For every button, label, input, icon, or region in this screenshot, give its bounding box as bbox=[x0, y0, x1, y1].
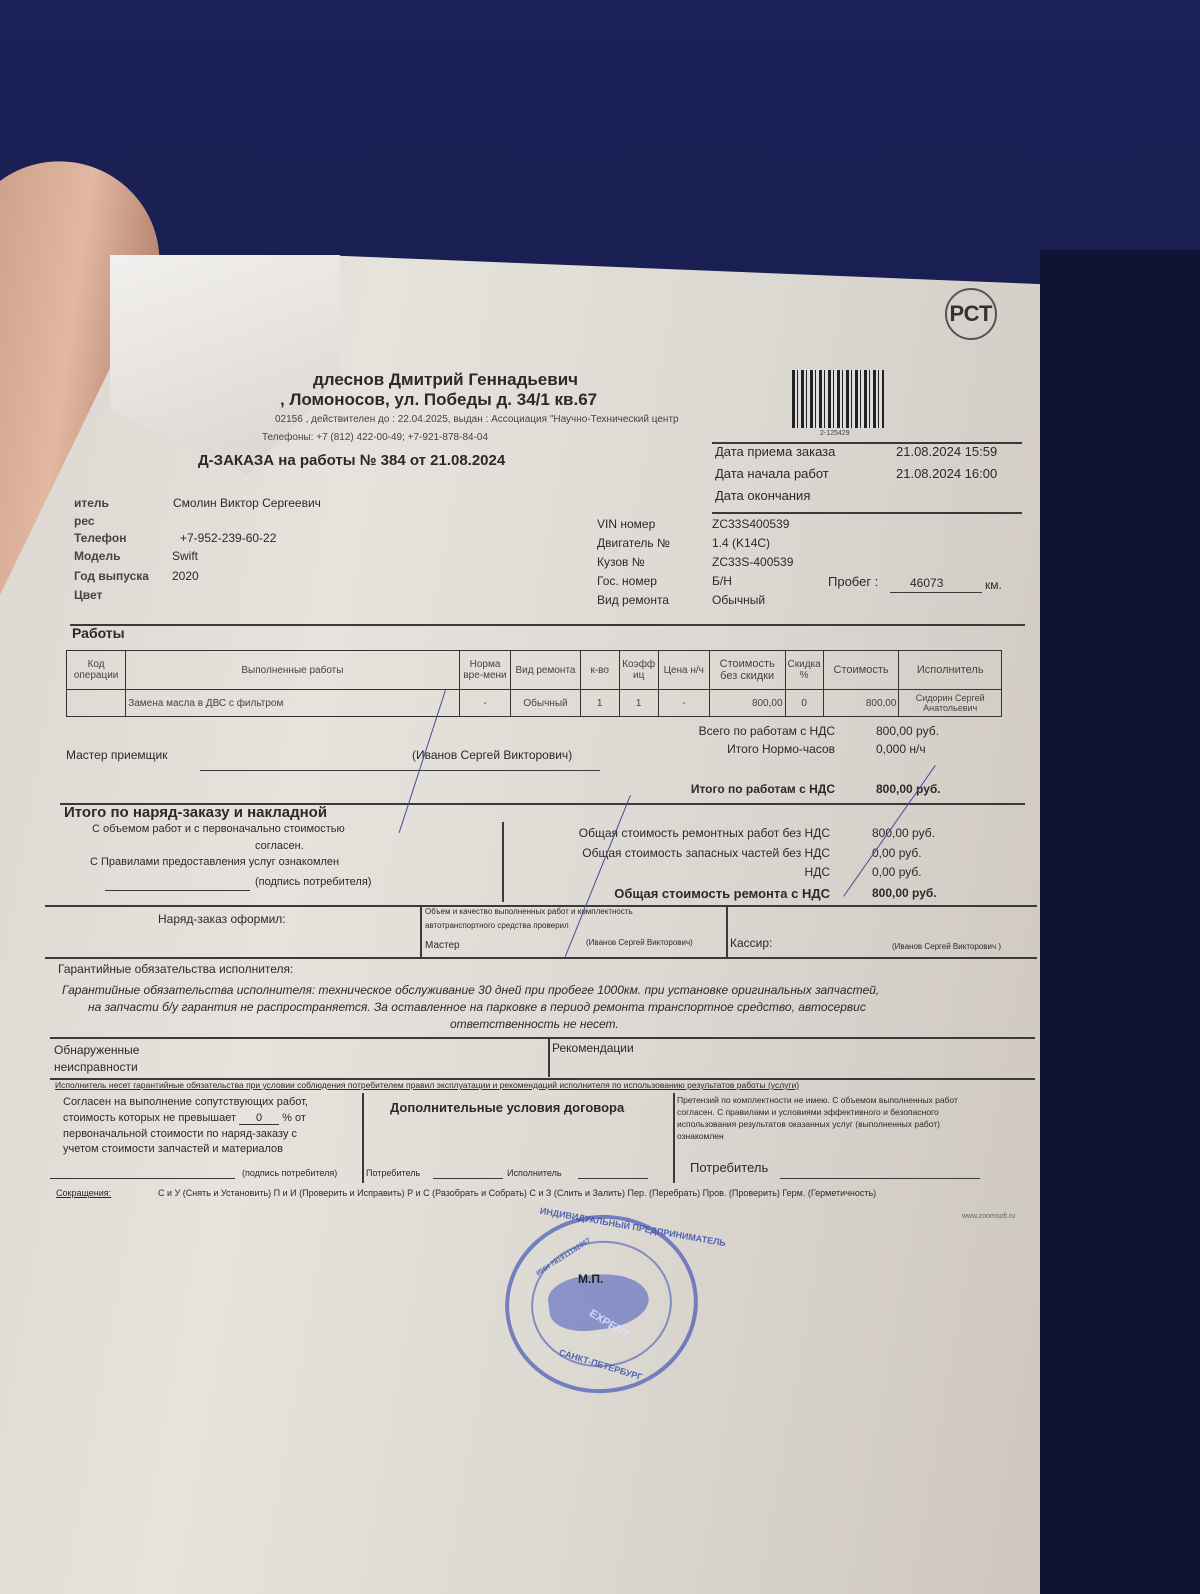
customer-field-value: Смолин Виктор Сергеевич bbox=[173, 496, 321, 510]
date-value: 21.08.2024 15:59 bbox=[896, 444, 997, 459]
vehicle-field-value: 1.4 (K14C) bbox=[712, 536, 770, 550]
works-column-header: Скидка % bbox=[785, 651, 823, 690]
issuer-name: длеснов Дмитрий Геннадьевич bbox=[313, 370, 578, 390]
barcode bbox=[792, 370, 884, 428]
customer-field-label: итель bbox=[74, 496, 109, 510]
works-column-header: Стоимость bbox=[823, 651, 899, 690]
vehicle-field-label: VIN номер bbox=[597, 517, 655, 531]
works-cell: - bbox=[658, 690, 709, 717]
background-edge bbox=[1040, 250, 1200, 1594]
works-cell: 1 bbox=[619, 690, 658, 717]
executor-label: Исполнитель bbox=[507, 1168, 562, 1178]
consent-line-1: Согласен на выполнение сопутствующих раб… bbox=[63, 1096, 308, 1108]
customer-field-label: рес bbox=[74, 514, 95, 528]
mileage-unit: км. bbox=[985, 578, 1002, 592]
vehicle-field-value: Обычный bbox=[712, 593, 765, 607]
summary-line-label: Общая стоимость запасных частей без НДС bbox=[582, 846, 830, 860]
works-cell: 800,00 bbox=[823, 690, 899, 717]
summary-line-value: 0,00 руб. bbox=[872, 865, 922, 879]
issuer-address: , Ломоносов, ул. Победы д. 34/1 кв.67 bbox=[280, 390, 597, 410]
works-cell: Сидорин Сергей Анатольевич bbox=[899, 690, 1002, 717]
claims-line-4: ознакомлен bbox=[677, 1131, 724, 1141]
signoff-master-name: (Иванов Сергей Викторович) bbox=[586, 938, 693, 947]
works-total-value: 800,00 руб. bbox=[876, 724, 939, 738]
customer-field-value: 2020 bbox=[172, 569, 199, 583]
works-cell: 0 bbox=[785, 690, 823, 717]
barcode-number: 2-125429 bbox=[820, 430, 850, 437]
works-column-header: Выполненные работы bbox=[126, 651, 459, 690]
summary-agree-3: С Правилами предоставления услуг ознаком… bbox=[90, 856, 339, 868]
works-total-label: Всего по работам с НДС bbox=[699, 724, 835, 738]
date-label: Дата окончания bbox=[715, 488, 810, 503]
summary-line-label: Общая стоимость ремонта с НДС bbox=[614, 886, 830, 901]
summary-line-value: 800,00 руб. bbox=[872, 886, 937, 900]
works-cell bbox=[67, 690, 126, 717]
customer-field-label: Цвет bbox=[74, 588, 102, 602]
works-column-header: Норма вре-мени bbox=[459, 651, 511, 690]
works-cell: - bbox=[459, 690, 511, 717]
works-total-label: Итого по работам с НДС bbox=[691, 782, 835, 796]
summary-sign-hint: (подпись потребителя) bbox=[255, 876, 371, 888]
date-label: Дата начала работ bbox=[715, 466, 829, 481]
works-column-header: Коэфф иц bbox=[619, 651, 658, 690]
extra-conditions-title: Дополнительные условия договора bbox=[390, 1100, 624, 1115]
stamp-place-label: М.П. bbox=[578, 1272, 603, 1286]
consumer-label: Потребитель bbox=[366, 1168, 420, 1178]
vehicle-field-value: ZC33S-400539 bbox=[712, 555, 793, 569]
document-title: Д-ЗАКАЗА на работы № 384 от 21.08.2024 bbox=[198, 452, 505, 469]
customer-field-value: Swift bbox=[172, 549, 198, 563]
cashier-label: Кассир: bbox=[730, 936, 772, 950]
vehicle-field-value: Б/Н bbox=[712, 574, 732, 588]
mileage-value: 46073 bbox=[910, 576, 943, 590]
consent-line-4: учетом стоимости запчастей и материалов bbox=[63, 1143, 283, 1155]
consent-line-2: стоимость которых не превышает 0 % от bbox=[63, 1112, 306, 1125]
works-cell: Обычный bbox=[511, 690, 580, 717]
checked-text-1: Объем и качество выполненных работ и ком… bbox=[425, 907, 633, 916]
cashier-name: (Иванов Сергей Викторович ) bbox=[892, 942, 1001, 951]
vehicle-field-label: Двигатель № bbox=[597, 536, 670, 550]
defects-label-2: неисправности bbox=[54, 1060, 138, 1074]
checked-text-2: автотранспортного средства проверил bbox=[425, 921, 569, 930]
signoff-master-label: Мастер bbox=[425, 940, 460, 951]
claims-line-2: согласен. С правилами и условиями эффект… bbox=[677, 1107, 939, 1117]
customer-field-label: Модель bbox=[74, 549, 120, 563]
consent-percent-suffix: % от bbox=[282, 1112, 306, 1124]
abbreviations-text: С и У (Снять и Установить) П и И (Провер… bbox=[158, 1188, 876, 1198]
consumer-big-label: Потребитель bbox=[690, 1160, 768, 1175]
works-total-value: 0,000 н/ч bbox=[876, 742, 926, 756]
works-column-header: к-во bbox=[580, 651, 619, 690]
consent-percent: 0 bbox=[239, 1112, 279, 1125]
vehicle-field-label: Кузов № bbox=[597, 555, 645, 569]
works-total-value: 800,00 руб. bbox=[876, 782, 941, 796]
website: www.zoomsoft.ru bbox=[962, 1213, 1015, 1220]
date-value: 21.08.2024 16:00 bbox=[896, 466, 997, 481]
works-column-header: Вид ремонта bbox=[511, 651, 580, 690]
works-column-header: Цена н/ч bbox=[658, 651, 709, 690]
recommendations-label: Рекомендации bbox=[552, 1041, 634, 1055]
defects-label-1: Обнаруженные bbox=[54, 1043, 139, 1057]
table-row: Замена масла в ДВС с фильтром-Обычный11-… bbox=[67, 690, 1002, 717]
issuer-certificate: 02156 , действителен до : 22.04.2025, вы… bbox=[275, 414, 679, 425]
claims-line-1: Претензий по комплектности не имею. С об… bbox=[677, 1095, 958, 1105]
warranty-line-1: Гарантийные обязательства исполнителя: т… bbox=[62, 983, 879, 997]
issued-by-label: Наряд-заказ оформил: bbox=[158, 912, 286, 926]
works-section-title: Работы bbox=[72, 625, 125, 641]
issuer-phones: Телефоны: +7 (812) 422-00-49; +7-921-878… bbox=[262, 432, 488, 443]
works-cell: 1 bbox=[580, 690, 619, 717]
vehicle-field-label: Гос. номер bbox=[597, 574, 657, 588]
warranty-line-2: на запчасти б/у гарантия не распространя… bbox=[88, 1000, 866, 1014]
summary-agree-2: согласен. bbox=[255, 840, 304, 852]
customer-field-label: Телефон bbox=[74, 531, 126, 545]
master-label: Мастер приемщик bbox=[66, 748, 167, 762]
summary-line-label: НДС bbox=[805, 865, 830, 879]
vehicle-field-value: ZC33S400539 bbox=[712, 517, 789, 531]
works-cell: 800,00 bbox=[709, 690, 785, 717]
consent-text: стоимость которых не превышает bbox=[63, 1112, 236, 1124]
summary-line-value: 0,00 руб. bbox=[872, 846, 922, 860]
works-table: Код операцииВыполненные работыНорма вре-… bbox=[66, 650, 1002, 717]
abbreviations-label: Сокращения: bbox=[56, 1188, 111, 1198]
date-label: Дата приема заказа bbox=[715, 444, 835, 459]
consent-line-3: первоначальной стоимости по наряд-заказу… bbox=[63, 1128, 297, 1140]
master-name: (Иванов Сергей Викторович) bbox=[412, 748, 572, 762]
customer-field-label: Год выпуска bbox=[74, 569, 149, 583]
summary-title: Итого по наряд-заказу и накладной bbox=[64, 804, 327, 821]
vehicle-field-label: Вид ремонта bbox=[597, 593, 669, 607]
summary-line-value: 800,00 руб. bbox=[872, 826, 935, 840]
consent-sign-hint: (подпись потребителя) bbox=[242, 1168, 337, 1178]
works-column-header: Код операции bbox=[67, 651, 126, 690]
works-column-header: Стоимость без скидки bbox=[709, 651, 785, 690]
warranty-condition-note: Исполнитель несет гарантийные обязательс… bbox=[55, 1080, 799, 1090]
works-cell: Замена масла в ДВС с фильтром bbox=[126, 690, 459, 717]
claims-line-3: использования результатов оказанных услу… bbox=[677, 1119, 940, 1129]
mileage-label: Пробег : bbox=[828, 574, 878, 589]
summary-agree-1: С объемом работ и с первоначально стоимо… bbox=[92, 823, 345, 835]
warranty-title: Гарантийные обязательства исполнителя: bbox=[58, 962, 293, 976]
works-total-label: Итого Нормо-часов bbox=[727, 742, 835, 756]
customer-field-value: +7-952-239-60-22 bbox=[180, 531, 276, 545]
gost-certification-icon: РСТ bbox=[945, 288, 997, 340]
warranty-line-3: ответственность не несет. bbox=[450, 1017, 619, 1031]
works-column-header: Исполнитель bbox=[899, 651, 1002, 690]
